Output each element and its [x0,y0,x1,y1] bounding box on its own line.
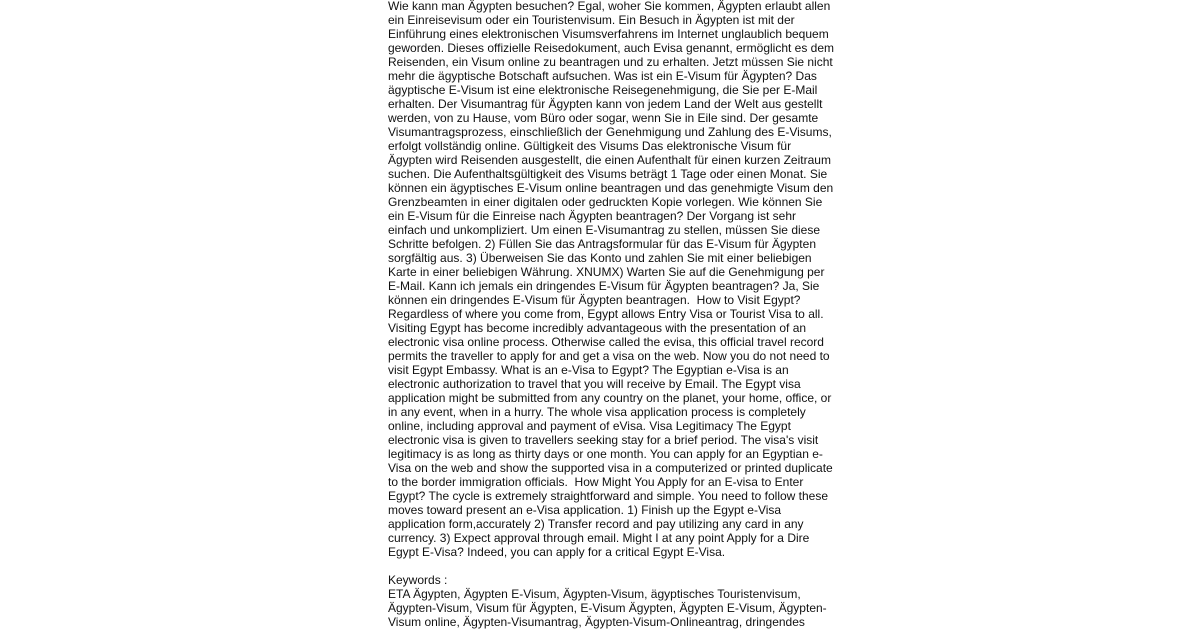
article-line: Reisenden, ein Visum online zu beantrage… [388,55,848,69]
article-line: Egypt E-Visa? Indeed, you can apply for … [388,545,848,559]
article-line: werden, von zu Hause, vom Büro oder soga… [388,111,848,125]
article-line: permits the traveller to apply for and g… [388,349,848,363]
keywords-line: Ägypten-Visum, Visum für Ägypten, E-Visu… [388,601,848,615]
keywords-line: ETA Ägypten, Ägypten E-Visum, Ägypten-Vi… [388,587,848,601]
keywords-section: Keywords : ETA Ägypten, Ägypten E-Visum,… [388,573,848,629]
article-line: Visiting Egypt has become incredibly adv… [388,321,848,335]
article-line: Grenzbeamten in einer digitalen oder ged… [388,195,848,209]
article-line: ein Einreisevisum oder ein Touristenvisu… [388,13,848,27]
article-line: to the border immigration officials. How… [388,475,848,489]
article-line: Einführung eines elektronischen Visumsve… [388,27,848,41]
article-line: geworden. Dieses offizielle Reisedokumen… [388,41,848,55]
article-line: erhalten. Der Visumantrag für Ägypten ka… [388,97,848,111]
article-line: sorgfältig aus. 3) Überweisen Sie das Ko… [388,251,848,265]
document-body: Wie kann man Ägypten besuchen? Egal, woh… [388,0,848,629]
article-line: ägyptische E-Visum ist eine elektronisch… [388,83,848,97]
article-line: online, including approval and payment o… [388,419,848,433]
article-line: erfolgt vollständig online. Gültigkeit d… [388,139,848,153]
article-line: Ägypten wird Reisenden ausgestellt, die … [388,153,848,167]
article-line: Wie kann man Ägypten besuchen? Egal, woh… [388,0,848,13]
article-line: currency. 3) Expect approval through ema… [388,531,848,545]
article-line: suchen. Die Aufenthaltsgültigkeit des Vi… [388,167,848,181]
article-line: E-Mail. Kann ich jemals ein dringendes E… [388,279,848,293]
article-text: Wie kann man Ägypten besuchen? Egal, woh… [388,0,848,559]
keywords-line: Visum online, Ägypten-Visumantrag, Ägypt… [388,615,848,629]
article-line: einfach und unkompliziert. Um einen E-Vi… [388,223,848,237]
article-line: können ein dringendes E-Visum für Ägypte… [388,293,848,307]
keywords-label: Keywords : [388,573,848,587]
article-line: application form,accurately 2) Transfer … [388,517,848,531]
article-line: können ein ägyptisches E-Visum online be… [388,181,848,195]
article-line: ein E-Visum für die Einreise nach Ägypte… [388,209,848,223]
paragraph-gap [388,559,848,573]
article-line: Karte in einer beliebigen Währung. XNUMX… [388,265,848,279]
article-line: legitimacy is as long as thirty days or … [388,447,848,461]
article-line: moves toward present an e-Visa applicati… [388,503,848,517]
article-line: Egypt? The cycle is extremely straightfo… [388,489,848,503]
article-line: Visumantragsprozess, einschließlich der … [388,125,848,139]
article-line: electronic visa online process. Otherwis… [388,335,848,349]
article-line: Visa on the web and show the supported v… [388,461,848,475]
article-line: in any event, when in a hurry. The whole… [388,405,848,419]
article-line: mehr die ägyptische Botschaft aufsuchen.… [388,69,848,83]
article-line: electronic authorization to travel that … [388,377,848,391]
article-line: electronic visa is given to travellers s… [388,433,848,447]
article-line: application might be submitted from any … [388,391,848,405]
article-line: Schritte befolgen. 2) Füllen Sie das Ant… [388,237,848,251]
article-line: Regardless of where you come from, Egypt… [388,307,848,321]
article-line: visit Egypt Embassy. What is an e-Visa t… [388,363,848,377]
